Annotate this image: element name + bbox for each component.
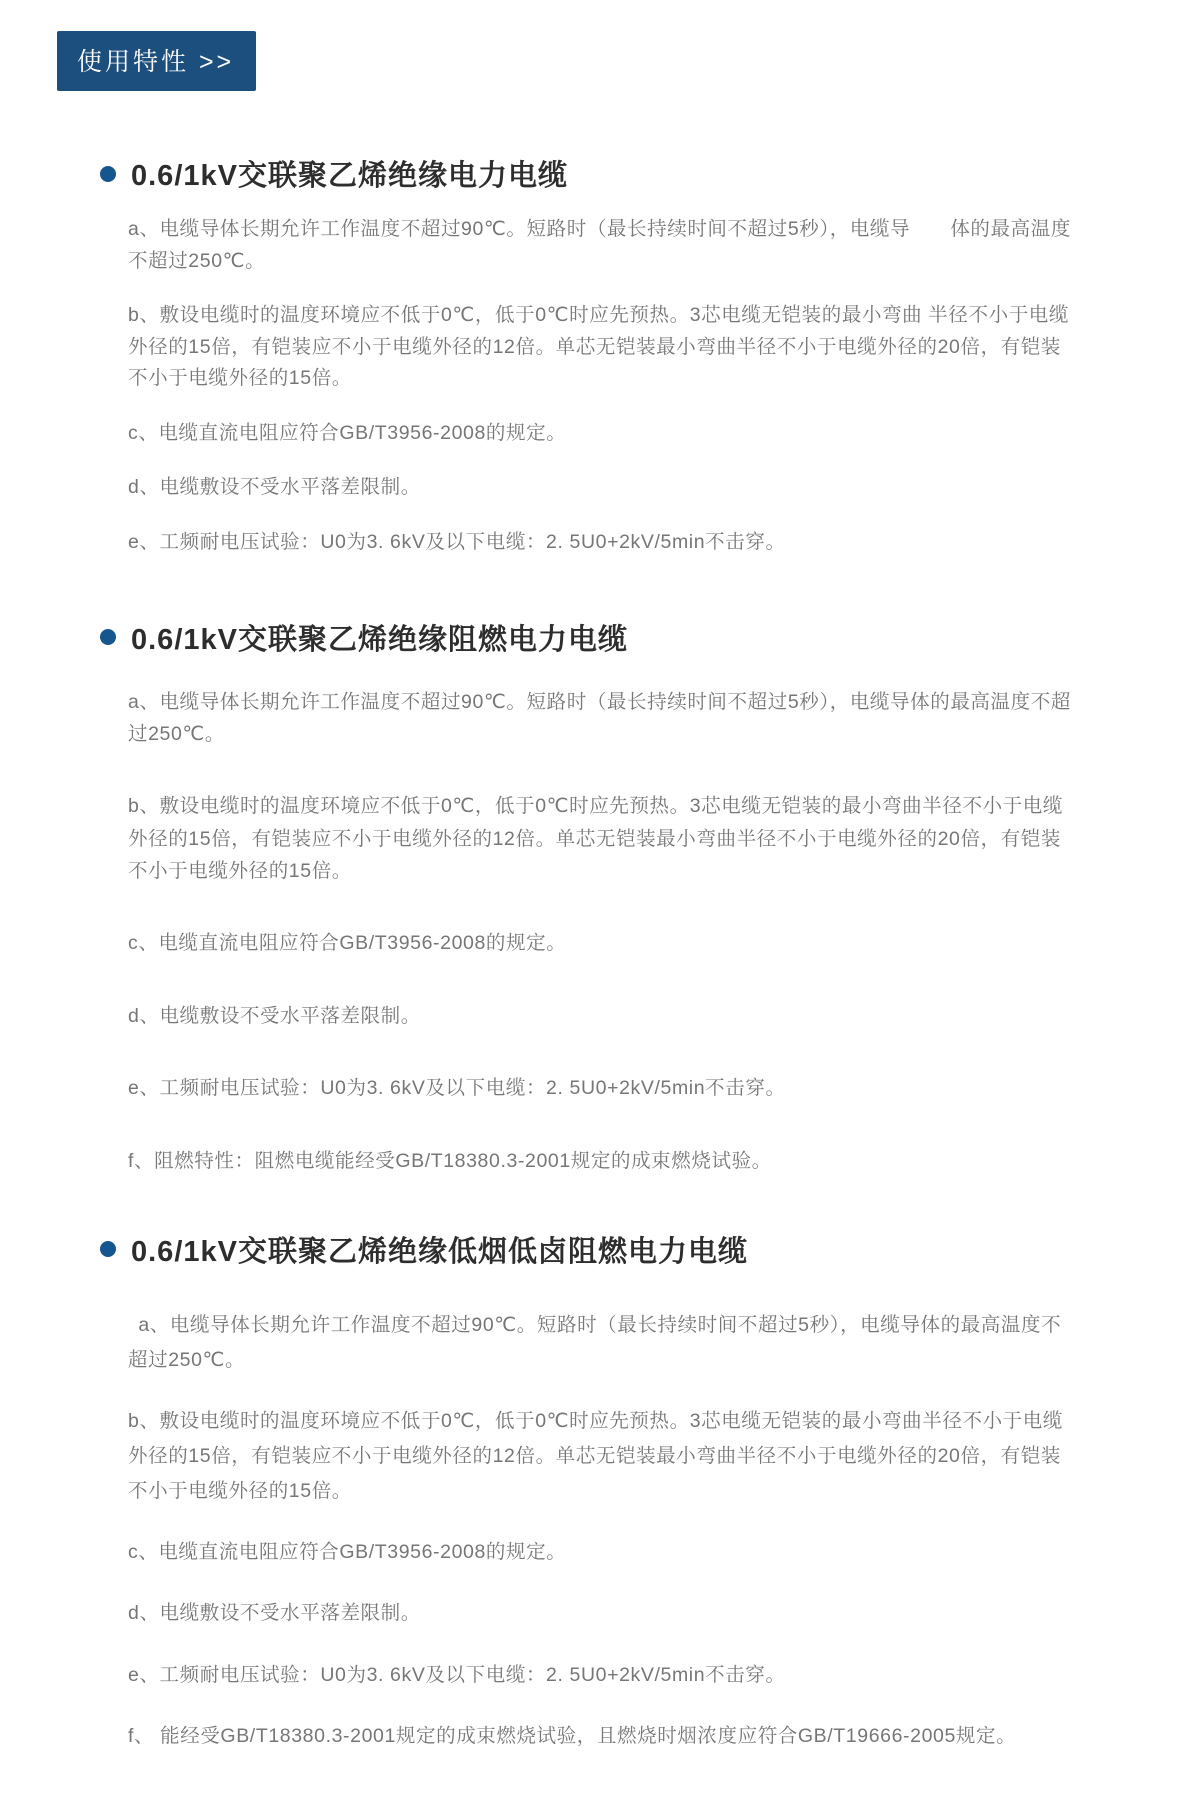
section-1-heading: 0.6/1kV交联聚乙烯绝缘电力电缆 xyxy=(100,153,1106,194)
section-1-title: 0.6/1kV交联聚乙烯绝缘电力电缆 xyxy=(131,153,568,194)
section-3-heading: 0.6/1kV交联聚乙烯绝缘低烟低卤阻燃电力电缆 xyxy=(100,1229,1106,1270)
badge-label: 使用特性 >> xyxy=(77,48,234,76)
section-3-item-f: f、 能经受GB/T18380.3-2001规定的成束燃烧试验，且燃烧时烟浓度应… xyxy=(128,1719,1080,1754)
section-xlpe-power-cable: 0.6/1kV交联聚乙烯绝缘电力电缆 a、电缆导体长期允许工作温度不超过90℃。… xyxy=(0,153,1201,559)
section-3-item-b: b、敷设电缆时的温度环境应不低于0℃，低于0℃时应先预热。3芯电缆无铠装的最小弯… xyxy=(128,1404,1080,1509)
section-3-item-d: d、电缆敷设不受水平落差限制。 xyxy=(128,1596,1080,1631)
section-1-item-c: c、电缆直流电阻应符合GB/T3956-2008的规定。 xyxy=(128,418,1080,450)
section-low-smoke-low-halogen-cable: 0.6/1kV交联聚乙烯绝缘低烟低卤阻燃电力电缆 a、电缆导体长期允许工作温度不… xyxy=(0,1229,1201,1810)
section-2-heading: 0.6/1kV交联聚乙烯绝缘阻燃电力电缆 xyxy=(100,617,1106,658)
section-2-items: a、电缆导体长期允许工作温度不超过90℃。短路时（最长持续时间不超过5秒），电缆… xyxy=(100,686,1106,1177)
section-3-item-c: c、电缆直流电阻应符合GB/T3956-2008的规定。 xyxy=(128,1535,1080,1570)
section-3-item-a: a、电缆导体长期允许工作温度不超过90℃。短路时（最长持续时间不超过5秒），电缆… xyxy=(128,1308,1080,1378)
section-3-items: a、电缆导体长期允许工作温度不超过90℃。短路时（最长持续时间不超过5秒），电缆… xyxy=(100,1308,1106,1754)
bullet-dot-icon xyxy=(100,1241,116,1257)
section-1-item-b: b、敷设电缆时的温度环境应不低于0℃，低于0℃时应先预热。3芯电缆无铠装的最小弯… xyxy=(128,300,1080,395)
bullet-dot-icon xyxy=(100,166,116,182)
section-1-items: a、电缆导体长期允许工作温度不超过90℃。短路时（最长持续时间不超过5秒），电缆… xyxy=(100,214,1106,559)
section-1-item-d: d、电缆敷设不受水平落差限制。 xyxy=(128,472,1080,504)
section-2-title: 0.6/1kV交联聚乙烯绝缘阻燃电力电缆 xyxy=(131,617,628,658)
section-flame-retardant-cable: 0.6/1kV交联聚乙烯绝缘阻燃电力电缆 a、电缆导体长期允许工作温度不超过90… xyxy=(0,617,1201,1177)
section-2-item-e: e、工频耐电压试验：U0为3. 6kV及以下电缆：2. 5U0+2kV/5min… xyxy=(128,1072,1080,1104)
bullet-dot-icon xyxy=(100,629,116,645)
section-2-item-c: c、电缆直流电阻应符合GB/T3956-2008的规定。 xyxy=(128,927,1080,959)
section-2-item-a: a、电缆导体长期允许工作温度不超过90℃。短路时（最长持续时间不超过5秒），电缆… xyxy=(128,686,1080,751)
usage-characteristics-badge: 使用特性 >> xyxy=(57,31,256,91)
section-3-item-e: e、工频耐电压试验：U0为3. 6kV及以下电缆：2. 5U0+2kV/5min… xyxy=(128,1658,1080,1693)
section-3-title: 0.6/1kV交联聚乙烯绝缘低烟低卤阻燃电力电缆 xyxy=(131,1229,748,1270)
section-2-item-f: f、阻燃特性：阻燃电缆能经受GB/T18380.3-2001规定的成束燃烧试验。 xyxy=(128,1145,1080,1177)
section-1-item-e: e、工频耐电压试验：U0为3. 6kV及以下电缆：2. 5U0+2kV/5min… xyxy=(128,527,1080,559)
section-2-item-d: d、电缆敷设不受水平落差限制。 xyxy=(128,1000,1080,1032)
section-2-item-b: b、敷设电缆时的温度环境应不低于0℃，低于0℃时应先预热。3芯电缆无铠装的最小弯… xyxy=(128,790,1080,887)
section-1-item-a: a、电缆导体长期允许工作温度不超过90℃。短路时（最长持续时间不超过5秒），电缆… xyxy=(128,214,1080,277)
